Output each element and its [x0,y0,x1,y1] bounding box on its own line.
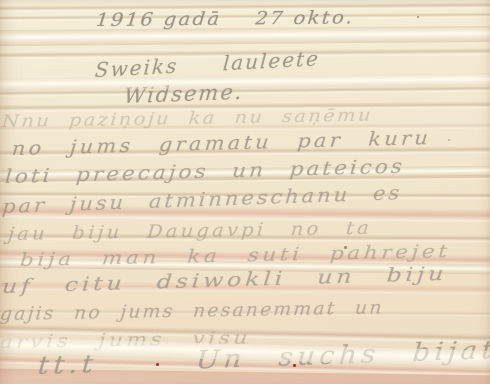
body-line-4: par jusu atminneschanu es [1,182,403,218]
crease-fold-highlight [0,257,490,274]
crease-line [0,146,490,158]
body-line-3: loti preecajos un pateicos [4,156,406,189]
edge-vignette [0,0,490,384]
date-line: 1916 gadā 27 okto. [95,7,355,31]
paper-speck [417,16,419,18]
crease-pink-band [0,205,490,224]
letter-scan: 1916 gadā 27 okto. Sweiks lauleete Widse… [0,0,490,384]
crease-fold-highlight [0,166,490,181]
crease-pink-band [0,368,490,384]
crease-line [0,123,490,133]
red-dot-mark [156,363,159,366]
crease-line [0,233,490,244]
body-line-5: jau biju Daugavpi no ta [7,218,373,245]
fold-wash-overlay [0,73,490,90]
crease-pink-band [0,356,490,377]
paper-speck [448,139,450,141]
body-line-9: arvis jums visu [0,328,252,353]
salutation-line-1: Sweiks lauleete [94,46,321,82]
crease-line [0,175,490,185]
crease-fold-highlight [0,26,490,47]
crease-line [0,48,490,61]
red-dot-mark [293,364,296,367]
crease-fold-highlight [0,73,490,90]
crease-line [0,101,490,113]
crease-line [0,309,490,318]
body-line-6: bija man ka suti pahrejet [19,241,451,271]
body-line-1: Nnu paziņoju ka nu saņēmu [1,106,374,133]
salutation-line-2: Widseme. [123,80,245,108]
paper-speck [344,246,347,249]
crease-line [0,2,490,13]
body-line-2: no jums gramatu par kuru [11,127,432,160]
fold-wash-overlay [0,337,490,367]
crease-pink-band [0,281,490,296]
body-line-8: gajis no jums nesanemmat un [0,297,385,325]
crease-fold-highlight [0,337,490,367]
body-line-7: uf citu dsiwokli un biju [1,263,448,298]
crease-line [0,85,490,97]
crease-line [0,191,490,200]
crease-line [0,324,490,345]
crease-pink-band [0,248,490,266]
body-line-10: tt.t Un suchs bijat Da [37,332,490,380]
